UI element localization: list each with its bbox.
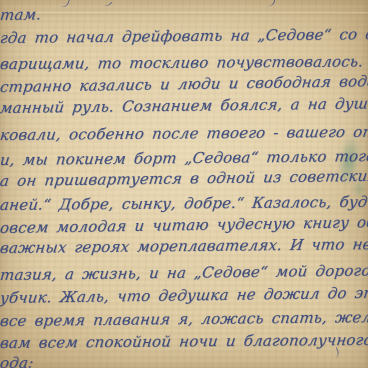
manuscript-line: и, мы покинем борт „Седова“ только тогда <box>0 149 368 168</box>
manuscript-line: манный руль. Сознанием боялся, а на душе <box>0 96 368 116</box>
manuscript-line: варищами, то тоскливо почувствовалось. <box>0 54 364 72</box>
manuscript-line: вам всем спокойной ночи и благополучного <box>0 333 368 351</box>
paper-crease <box>0 12 368 15</box>
manuscript-line: там. <box>0 7 42 23</box>
manuscript-line: ода; <box>0 356 34 368</box>
manuscript-line: убчик. Жаль, что дедушка не дожил до это… <box>0 285 368 306</box>
pen-stroke-fragment <box>60 0 70 9</box>
pen-stroke-fragment <box>267 0 277 8</box>
manuscript-line: а он пришвартуется в одной из советских <box>0 169 368 189</box>
manuscript-line: овсем молодая и читаю чудесную книгу об <box>0 215 368 236</box>
manuscript-line: странно казались и люди и свободная вода… <box>0 74 368 95</box>
manuscript-line: аней.“ Добре, сынку, добре.“ Казалось, б… <box>0 195 368 213</box>
manuscript-line: важных героях мореплавателях. И что не <box>0 237 368 256</box>
manuscript-line: ковали, особенно после твоего - вашего о… <box>0 125 368 143</box>
manuscript-line: все время плавания я, ложась спать, жела <box>0 310 368 329</box>
pen-stroke-fragment <box>103 0 113 8</box>
manuscript-line: гда то начал дрейфовать на „Седове“ со с… <box>0 27 368 46</box>
manuscript-line: тазия, а жизнь, и на „Седове“ мой дорого… <box>0 263 368 283</box>
manuscript-scan: там. гда то начал дрейфовать на „Седове“… <box>0 0 368 368</box>
